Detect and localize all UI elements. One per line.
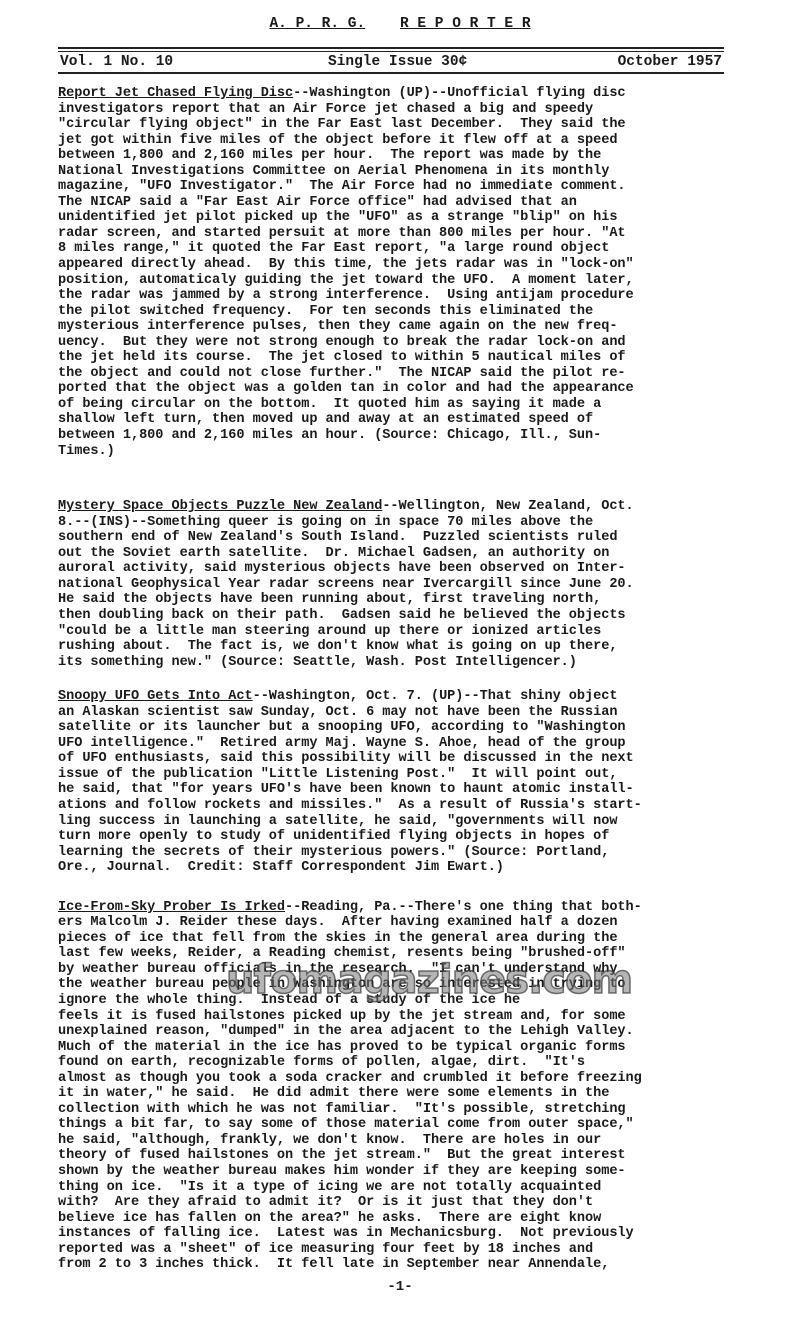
article-text: turn more openly to study of unidentifie… — [58, 829, 609, 844]
article-text: mysterious interference pulses, then the… — [58, 319, 617, 334]
article-line: the weather bureau people in Washington … — [58, 977, 728, 993]
article-line: position, automaticaly guiding the jet t… — [58, 273, 728, 289]
article-text: "could be a little man steering around u… — [58, 624, 601, 639]
article-text: the weather bureau people in Washington … — [58, 977, 626, 992]
article-line: the object and could not close further."… — [58, 366, 728, 382]
article-text: Times.) — [58, 444, 115, 459]
article-line: ported that the object was a golden tan … — [58, 381, 728, 397]
article-line: radar screen, and started persuit at mor… — [58, 226, 728, 242]
article-line: found on earth, recognizable forms of po… — [58, 1055, 728, 1071]
article-line: collection with which he was not familia… — [58, 1102, 728, 1118]
article-line: uency. But they were not strong enough t… — [58, 335, 728, 351]
article-line: between 1,800 and 2,160 miles an hour. (… — [58, 428, 728, 444]
article-text: instances of falling ice. Latest was in … — [58, 1226, 634, 1241]
article-line: it in water," he said. He did admit ther… — [58, 1086, 728, 1102]
masthead-title: R E P O R T E R — [400, 16, 531, 32]
article-text: the jet held its course. The jet closed … — [58, 350, 626, 365]
article-text: investigators report that an Air Force j… — [58, 102, 593, 117]
article-text: --Washington, Oct. 7. (UP)--That shiny o… — [253, 689, 618, 704]
article-headline: Report Jet Chased Flying Disc — [58, 86, 293, 101]
article-text: last few weeks, Reider, a Reading chemis… — [58, 946, 626, 961]
article-text: thing on ice. "Is it a type of icing we … — [58, 1180, 601, 1195]
article-line: national Geophysical Year radar screens … — [58, 577, 728, 593]
article-line: mysterious interference pulses, then the… — [58, 319, 728, 335]
article-line: unexplained reason, "dumped" in the area… — [58, 1024, 728, 1040]
article-text: Ore., Journal. Credit: Staff Corresponde… — [58, 860, 504, 875]
article-line: "circular flying object" in the Far East… — [58, 117, 728, 133]
article-line: the radar was jammed by a strong interfe… — [58, 288, 728, 304]
article-text: magazine, "UFO Investigator." The Air Fo… — [58, 179, 626, 194]
article-text: ling success in launching a satellite, h… — [58, 814, 617, 829]
newsletter-page: A. P. R. G. R E P O R T E R Vol. 1 No. 1… — [0, 0, 800, 1321]
article-text: from 2 to 3 inches thick. It fell late i… — [58, 1257, 609, 1272]
article: Snoopy UFO Gets Into Act--Washington, Oc… — [58, 689, 728, 876]
article-line: the jet held its course. The jet closed … — [58, 350, 728, 366]
article-text: theory of fused hailstones on the jet st… — [58, 1148, 626, 1163]
article-line: UFO intelligence." Retired army Maj. Way… — [58, 736, 728, 752]
article-text: then doubling back on their path. Gadsen… — [58, 608, 626, 623]
article-text: the radar was jammed by a strong interfe… — [58, 288, 634, 303]
article-text: he said, "although, frankly, we don't kn… — [58, 1133, 601, 1148]
article-text: he said, that "for years UFO's have been… — [58, 782, 634, 797]
masthead-org: A. P. R. G. — [269, 16, 365, 32]
article-text: ers Malcolm J. Reider these days. After … — [58, 915, 617, 930]
article-text: unidentified jet pilot picked up the "UF… — [58, 210, 617, 225]
article-text: found on earth, recognizable forms of po… — [58, 1055, 585, 1070]
article-first-line: Report Jet Chased Flying Disc--Washingto… — [58, 86, 728, 102]
article-line: reported was a "sheet" of ice measuring … — [58, 1242, 728, 1258]
article-line: shown by the weather bureau makes him wo… — [58, 1164, 728, 1180]
article-text: with? Are they afraid to admit it? Or is… — [58, 1195, 593, 1210]
article-line: ers Malcolm J. Reider these days. After … — [58, 915, 728, 931]
article-text: reported was a "sheet" of ice measuring … — [58, 1242, 593, 1257]
article-text: its something new." (Source: Seattle, Wa… — [58, 655, 577, 670]
article-headline: Snoopy UFO Gets Into Act — [58, 689, 253, 704]
article-line: unidentified jet pilot picked up the "UF… — [58, 210, 728, 226]
article-text: almost as though you took a soda cracker… — [58, 1071, 642, 1086]
article-text: southern end of New Zealand's South Isla… — [58, 530, 617, 545]
article-text: National Investigations Committee on Aer… — [58, 164, 609, 179]
article-text: --Reading, Pa.--There's one thing that b… — [285, 900, 642, 915]
article-text: feels it is fused hailstones picked up b… — [58, 1009, 626, 1024]
issue-info-bar: Vol. 1 No. 10 Single Issue 30¢ October 1… — [60, 54, 722, 72]
article-line: almost as though you took a soda cracker… — [58, 1071, 728, 1087]
article-text: of UFO enthusiasts, said this possibilit… — [58, 751, 634, 766]
article-line: of being circular on the bottom. It quot… — [58, 397, 728, 413]
header-rule-bottom — [58, 72, 724, 74]
article-line: shallow left turn, then moved up and awa… — [58, 412, 728, 428]
article-text: uency. But they were not strong enough t… — [58, 335, 626, 350]
article-text: rushing about. The fact is, we don't kno… — [58, 639, 617, 654]
article-line: investigators report that an Air Force j… — [58, 102, 728, 118]
article-text: 8 miles range," it quoted the Far East r… — [58, 241, 609, 256]
article-line: appeared directly ahead. By this time, t… — [58, 257, 728, 273]
article-text: appeared directly ahead. By this time, t… — [58, 257, 634, 272]
article-line: an Alaskan scientist saw Sunday, Oct. 6 … — [58, 705, 728, 721]
article-line: pieces of ice that fell from the skies i… — [58, 931, 728, 947]
article-text: pieces of ice that fell from the skies i… — [58, 931, 617, 946]
article-text: by weather bureau officials in the resea… — [58, 962, 617, 977]
issue-date: October 1957 — [618, 54, 722, 70]
article-line: instances of falling ice. Latest was in … — [58, 1226, 728, 1242]
article-text: national Geophysical Year radar screens … — [58, 577, 634, 592]
article-text: Much of the material in the ice has prov… — [58, 1040, 626, 1055]
article-text: radar screen, and started persuit at mor… — [58, 226, 626, 241]
article-text: satellite or its launcher but a snooping… — [58, 720, 626, 735]
article-text: issue of the publication "Little Listeni… — [58, 767, 617, 782]
article-text: shown by the weather bureau makes him wo… — [58, 1164, 626, 1179]
article-line: 8.--(INS)--Something queer is going on i… — [58, 515, 728, 531]
article-text: out the Soviet earth satellite. Dr. Mich… — [58, 546, 609, 561]
article-line: issue of the publication "Little Listeni… — [58, 767, 728, 783]
article-line: He said the objects have been running ab… — [58, 592, 728, 608]
article-line: with? Are they afraid to admit it? Or is… — [58, 1195, 728, 1211]
article: Ice-From-Sky Prober Is Irked--Reading, P… — [58, 900, 728, 1273]
article-text: shallow left turn, then moved up and awa… — [58, 412, 593, 427]
article-text: between 1,800 and 2,160 miles an hour. (… — [58, 428, 601, 443]
article-text: believe ice has fallen on the area?" he … — [58, 1211, 601, 1226]
article-headline: Ice-From-Sky Prober Is Irked — [58, 900, 285, 915]
article-text: the pilot switched frequency. For ten se… — [58, 304, 593, 319]
article-text: He said the objects have been running ab… — [58, 592, 601, 607]
article-line: jet got within five miles of the object … — [58, 133, 728, 149]
article-line: rushing about. The fact is, we don't kno… — [58, 639, 728, 655]
article-line: from 2 to 3 inches thick. It fell late i… — [58, 1257, 728, 1273]
article-line: satellite or its launcher but a snooping… — [58, 720, 728, 736]
article-headline: Mystery Space Objects Puzzle New Zealand — [58, 499, 382, 514]
article-line: theory of fused hailstones on the jet st… — [58, 1148, 728, 1164]
article-line: thing on ice. "Is it a type of icing we … — [58, 1180, 728, 1196]
article-line: he said, that "for years UFO's have been… — [58, 782, 728, 798]
article-text: ations and follow rockets and missiles."… — [58, 798, 642, 813]
article-first-line: Ice-From-Sky Prober Is Irked--Reading, P… — [58, 900, 728, 916]
article-text: ignore the whole thing. Instead of a stu… — [58, 993, 520, 1008]
article-text: auroral activity, said mysterious object… — [58, 561, 626, 576]
article: Mystery Space Objects Puzzle New Zealand… — [58, 499, 728, 670]
article-text: ported that the object was a golden tan … — [58, 381, 634, 396]
article-line: between 1,800 and 2,160 miles per hour. … — [58, 148, 728, 164]
article-text: The NICAP said a "Far East Air Force off… — [58, 195, 577, 210]
article-text: it in water," he said. He did admit ther… — [58, 1086, 609, 1101]
article-line: Times.) — [58, 444, 728, 460]
article-line: things a bit far, to say some of those m… — [58, 1117, 728, 1133]
article-text: unexplained reason, "dumped" in the area… — [58, 1024, 634, 1039]
header-rule-top — [58, 47, 724, 49]
volume-number: Vol. 1 No. 10 — [60, 54, 173, 70]
article-line: ling success in launching a satellite, h… — [58, 814, 728, 830]
article-line: 8 miles range," it quoted the Far East r… — [58, 241, 728, 257]
article-text: UFO intelligence." Retired army Maj. Way… — [58, 736, 626, 751]
article-line: out the Soviet earth satellite. Dr. Mich… — [58, 546, 728, 562]
articles-column: Report Jet Chased Flying Disc--Washingto… — [58, 86, 728, 1287]
article-line: the pilot switched frequency. For ten se… — [58, 304, 728, 320]
article-line: auroral activity, said mysterious object… — [58, 561, 728, 577]
article: Report Jet Chased Flying Disc--Washingto… — [58, 86, 728, 459]
article-line: ations and follow rockets and missiles."… — [58, 798, 728, 814]
article-line: southern end of New Zealand's South Isla… — [58, 530, 728, 546]
article-text: --Washington (UP)--Unofficial flying dis… — [293, 86, 625, 101]
article-first-line: Mystery Space Objects Puzzle New Zealand… — [58, 499, 728, 515]
article-line: of UFO enthusiasts, said this possibilit… — [58, 751, 728, 767]
page-number: -1- — [0, 1279, 800, 1295]
article-text: position, automaticaly guiding the jet t… — [58, 273, 634, 288]
article-line: ignore the whole thing. Instead of a stu… — [58, 993, 728, 1009]
article-line: National Investigations Committee on Aer… — [58, 164, 728, 180]
article-text: things a bit far, to say some of those m… — [58, 1117, 634, 1132]
article-text: between 1,800 and 2,160 miles per hour. … — [58, 148, 601, 163]
article-text: --Wellington, New Zealand, Oct. — [382, 499, 633, 514]
article-line: last few weeks, Reider, a Reading chemis… — [58, 946, 728, 962]
article-line: its something new." (Source: Seattle, Wa… — [58, 655, 728, 671]
article-text: collection with which he was not familia… — [58, 1102, 626, 1117]
article-text: an Alaskan scientist saw Sunday, Oct. 6 … — [58, 705, 617, 720]
issue-price: Single Issue 30¢ — [328, 54, 467, 70]
article-line: Ore., Journal. Credit: Staff Corresponde… — [58, 860, 728, 876]
masthead: A. P. R. G. R E P O R T E R — [0, 16, 800, 32]
article-text: learning the secrets of their mysterious… — [58, 845, 609, 860]
article-line: "could be a little man steering around u… — [58, 624, 728, 640]
article-text: "circular flying object" in the Far East… — [58, 117, 626, 132]
article-line: magazine, "UFO Investigator." The Air Fo… — [58, 179, 728, 195]
article-line: feels it is fused hailstones picked up b… — [58, 1009, 728, 1025]
article-text: the object and could not close further."… — [58, 366, 626, 381]
article-line: by weather bureau officials in the resea… — [58, 962, 728, 978]
article-line: believe ice has fallen on the area?" he … — [58, 1211, 728, 1227]
article-line: turn more openly to study of unidentifie… — [58, 829, 728, 845]
article-text: 8.--(INS)--Something queer is going on i… — [58, 515, 593, 530]
article-line: he said, "although, frankly, we don't kn… — [58, 1133, 728, 1149]
article-line: learning the secrets of their mysterious… — [58, 845, 728, 861]
header-rule-top-inner — [58, 51, 724, 52]
article-text: jet got within five miles of the object … — [58, 133, 617, 148]
article-line: Much of the material in the ice has prov… — [58, 1040, 728, 1056]
article-line: then doubling back on their path. Gadsen… — [58, 608, 728, 624]
article-line: The NICAP said a "Far East Air Force off… — [58, 195, 728, 211]
article-first-line: Snoopy UFO Gets Into Act--Washington, Oc… — [58, 689, 728, 705]
article-text: of being circular on the bottom. It quot… — [58, 397, 601, 412]
